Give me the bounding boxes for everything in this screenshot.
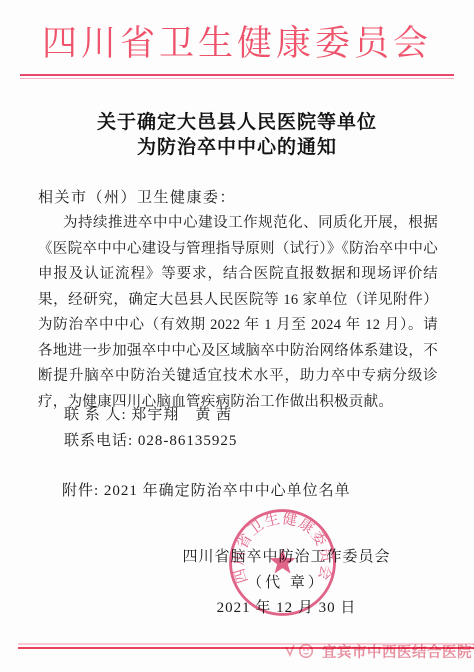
contact-info: 联 系 人: 郑宇翔 黄 茜 联系电话: 028-86135925 [64, 403, 237, 454]
svg-text:四川省卫生健康委员会: 四川省卫生健康委员会 [230, 510, 335, 585]
notice-title-line1: 关于确定大邑县人民医院等单位 [0, 110, 474, 135]
masthead-divider-strong-line [20, 74, 454, 76]
seal-star-icon [270, 549, 296, 574]
source-watermark: 宜宾市中西医结合医院订阅号 [283, 640, 474, 662]
attachment-title: 2021 年确定防治卒中中心单位名单 [104, 483, 351, 499]
issuing-org-masthead: 四川省卫生健康委员会 [0, 24, 474, 64]
notice-title: 关于确定大邑县人民医院等单位 为防治卒中中心的通知 [0, 110, 474, 160]
salutation: 相关市（州）卫生健康委： [38, 186, 236, 207]
seal-arc-text: 四川省卫生健康委员会 [230, 510, 335, 585]
contact-person-names: 郑宇翔 黄 茜 [131, 407, 232, 423]
notice-title-line2: 为防治卒中中心的通知 [0, 135, 474, 160]
contact-person-line: 联 系 人: 郑宇翔 黄 茜 [64, 403, 237, 429]
contact-person-label: 联 系 人: [64, 407, 127, 423]
notice-document-page: 四川省卫生健康委员会 关于确定大邑县人民医院等单位 为防治卒中中心的通知 相关市… [0, 0, 474, 672]
notice-body-paragraph: 为持续推进卒中中心建设工作规范化、同质化开展，根据《医院卒中中心建设与管理指导原… [38, 211, 438, 415]
masthead-divider-light-line [20, 78, 454, 79]
attachment-reference: 附件: 2021 年确定防治卒中中心单位名单 [62, 479, 351, 500]
watermark-text: 宜宾市中西医结合医院订阅号 [322, 641, 474, 662]
masthead-divider [20, 74, 454, 79]
contact-phone-line: 联系电话: 028-86135925 [64, 429, 237, 455]
official-red-seal-stamp-icon: 四川省卫生健康委员会 [227, 507, 338, 618]
attachment-label: 附件: [62, 483, 99, 499]
contact-phone-number: 028-86135925 [138, 433, 238, 449]
contact-phone-label: 联系电话: [64, 433, 133, 449]
watermark-logo-icon [283, 642, 319, 660]
